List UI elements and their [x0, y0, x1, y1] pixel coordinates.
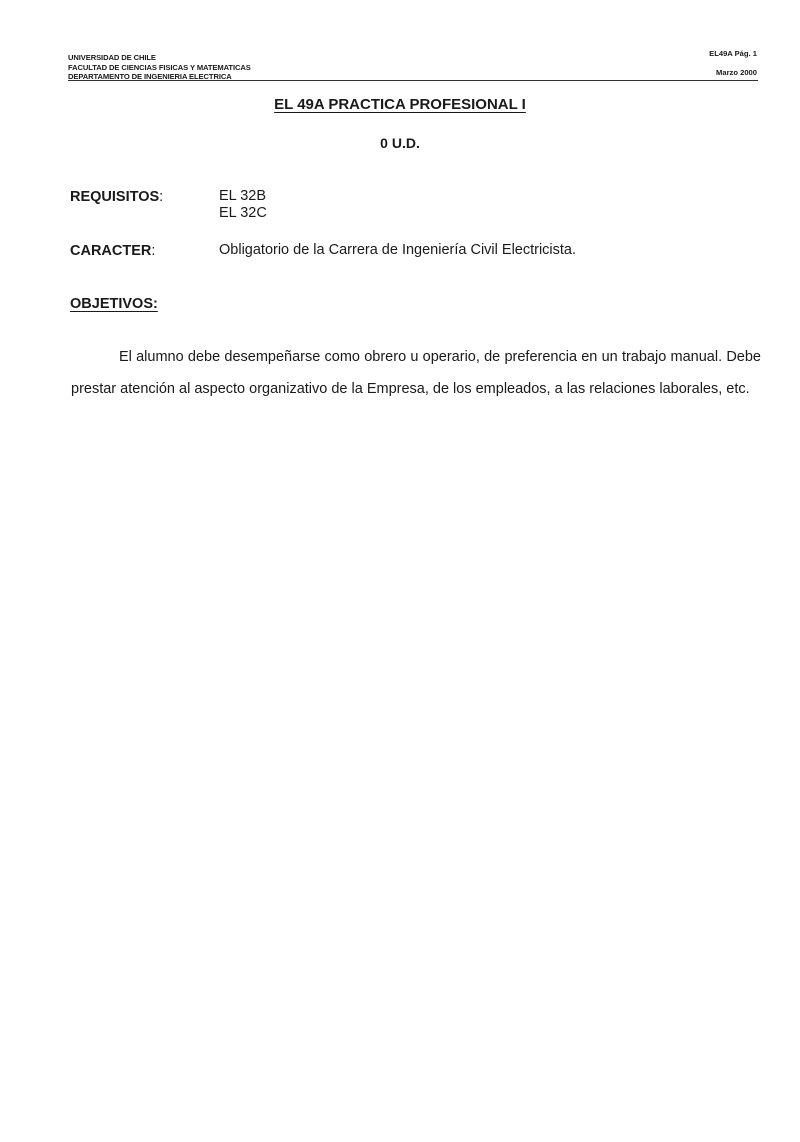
course-title: EL 49A PRACTICA PROFESIONAL I — [0, 96, 800, 113]
requisitos-list: EL 32B EL 32C — [219, 188, 267, 222]
institution-header: UNIVERSIDAD DE CHILE FACULTAD DE CIENCIA… — [68, 53, 251, 82]
requisito-item: EL 32B — [219, 188, 267, 205]
page-reference-header: EL49A Pág. 1 Marzo 2000 — [709, 49, 757, 77]
document-date: Marzo 2000 — [709, 68, 757, 77]
objetivos-heading: OBJETIVOS: — [70, 296, 158, 312]
header-divider — [68, 80, 758, 81]
page-reference: EL49A Pág. 1 — [709, 49, 757, 58]
objetivos-paragraph: El alumno debe desempeñarse como obrero … — [71, 342, 761, 405]
caracter-label: CARACTER: — [70, 243, 155, 259]
requisito-item: EL 32C — [219, 205, 267, 222]
university-name: UNIVERSIDAD DE CHILE — [68, 53, 251, 63]
faculty-name: FACULTAD DE CIENCIAS FISICAS Y MATEMATIC… — [68, 63, 251, 73]
caracter-value: Obligatorio de la Carrera de Ingeniería … — [219, 242, 576, 259]
requisitos-label: REQUISITOS: — [70, 189, 163, 205]
course-units: 0 U.D. — [0, 135, 800, 151]
